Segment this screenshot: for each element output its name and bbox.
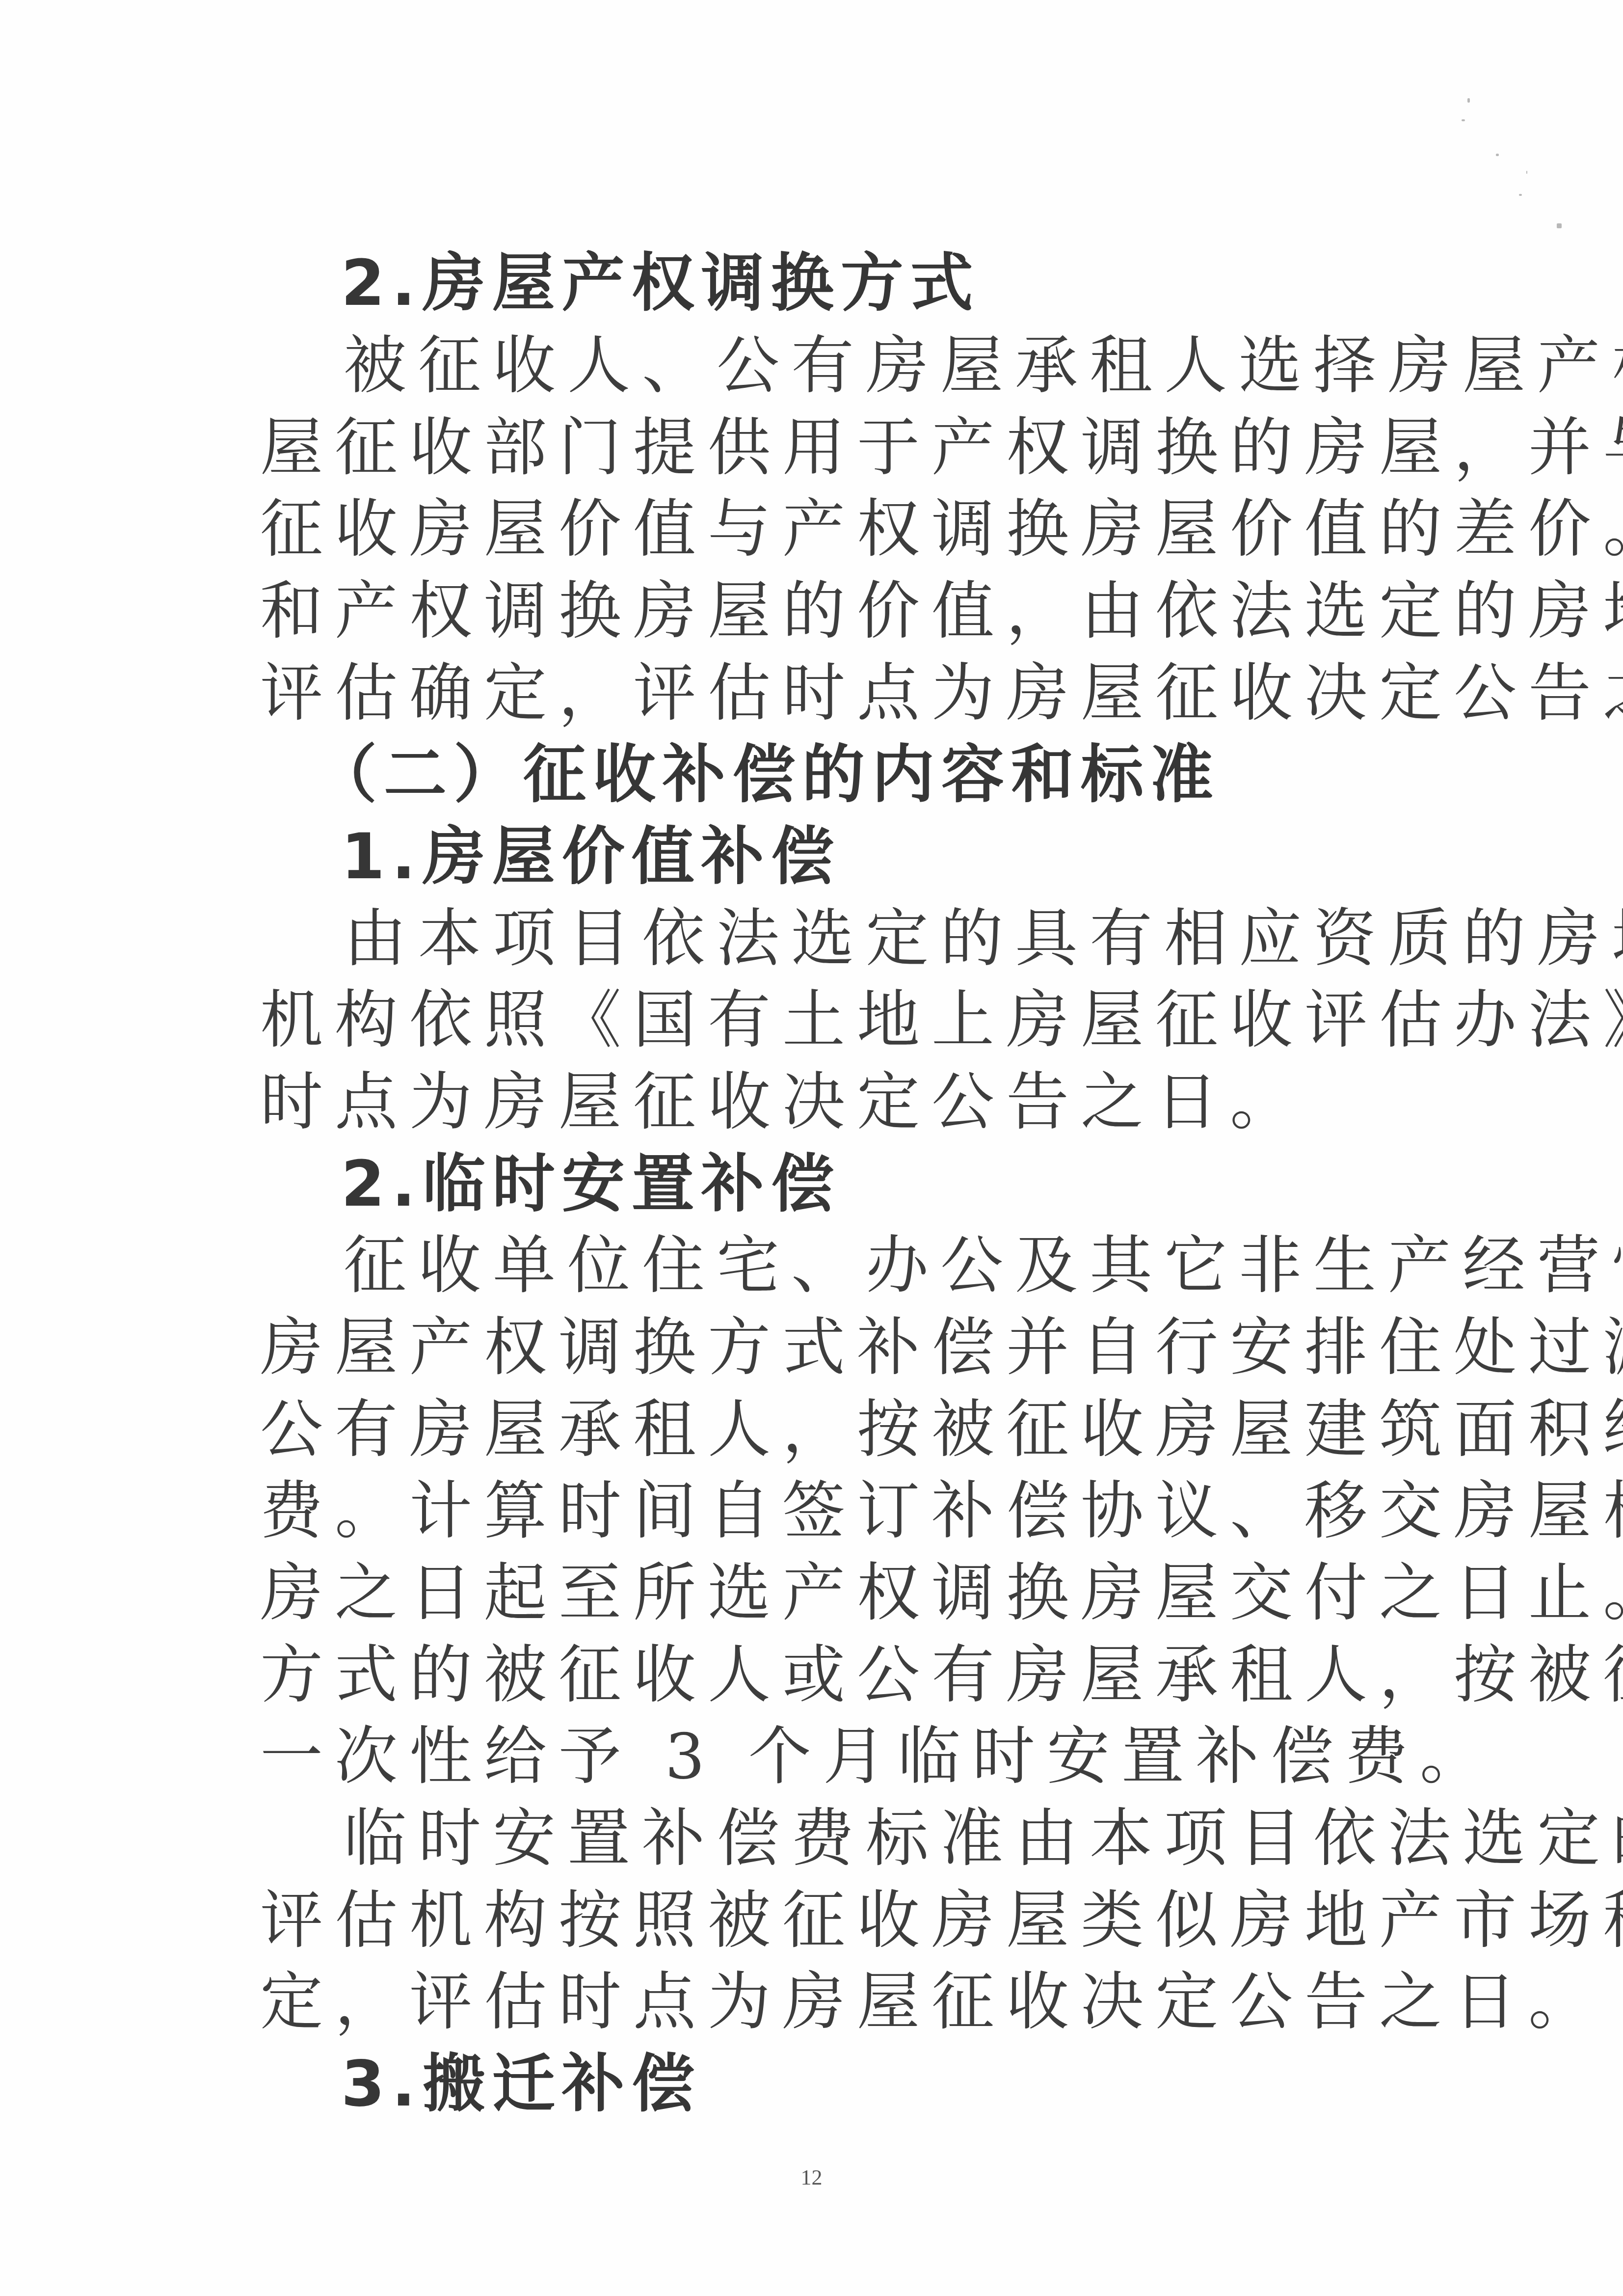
section-heading-house-value: 1.房屋价值补偿 (341, 816, 1465, 898)
scan-speck (1467, 98, 1470, 103)
section-heading-relocation: 3.搬迁补偿 (341, 2043, 1465, 2125)
paragraph-line: 被征收人、公有房屋承租人选择房屋产权调换的，由房 (344, 325, 1384, 407)
paragraph-line: 临时安置补偿费标准由本项目依法选定的房地产价格 (344, 1798, 1384, 1880)
paragraph-line: 方式的被征收人或公有房屋承租人，按被征收房屋建筑面积 (260, 1634, 1384, 1716)
paragraph-line: 征收单位住宅、办公及其它非生产经营性用房，对选择 (344, 1225, 1384, 1307)
scan-speck (1519, 194, 1522, 196)
paragraph-line: 和产权调换房屋的价值，由依法选定的房地产价格评估机构 (260, 570, 1384, 652)
paragraph-line: 机构依照《国有土地上房屋征收评估办法》评估确定，评估 (260, 979, 1384, 1061)
paragraph-line: 费。计算时间自签订补偿协议、移交房屋权属证书并腾退交 (260, 1470, 1384, 1552)
section-heading-property-exchange: 2.房屋产权调换方式 (341, 243, 1465, 324)
scan-speck (1496, 154, 1499, 156)
paragraph-line: 定，评估时点为房屋征收决定公告之日。 (260, 1961, 1384, 2043)
paragraph-line: 公有房屋承租人，按被征收房屋建筑面积给予临时安置补偿 (260, 1389, 1384, 1471)
scan-speck (1557, 223, 1562, 228)
paragraph-line: 评估机构按照被征收房屋类似房地产市场租赁价格评估确 (260, 1880, 1384, 1962)
paragraph-line: 由本项目依法选定的具有相应资质的房地产价格评估 (344, 898, 1384, 980)
scan-speck (1526, 171, 1527, 174)
page-number: 12 (0, 2165, 1623, 2190)
scan-speck (1462, 119, 1465, 121)
paragraph-line: 评估确定，评估时点为房屋征收决定公告之日。 (260, 652, 1384, 734)
paragraph-line: 房屋产权调换方式补偿并自行安排住处过渡的被征收人或 (260, 1307, 1384, 1389)
section-heading-compensation-standards: （二）征收补偿的内容和标准 (314, 734, 1438, 816)
paragraph-line: 屋征收部门提供用于产权调换的房屋，并与被征收人结算被 (260, 407, 1384, 489)
paragraph-line: 房之日起至所选产权调换房屋交付之日止。对选择货币补偿 (260, 1552, 1384, 1634)
paragraph-line: 时点为房屋征收决定公告之日。 (260, 1061, 1384, 1143)
document-page: 2.房屋产权调换方式 被征收人、公有房屋承租人选择房屋产权调换的，由房 屋征收部… (0, 0, 1623, 2296)
paragraph-line: 征收房屋价值与产权调换房屋价值的差价。被征收房屋价值 (260, 488, 1384, 570)
paragraph-line: 一次性给予 3 个月临时安置补偿费。 (260, 1716, 1384, 1798)
section-heading-temporary-resettlement: 2.临时安置补偿 (341, 1143, 1465, 1225)
